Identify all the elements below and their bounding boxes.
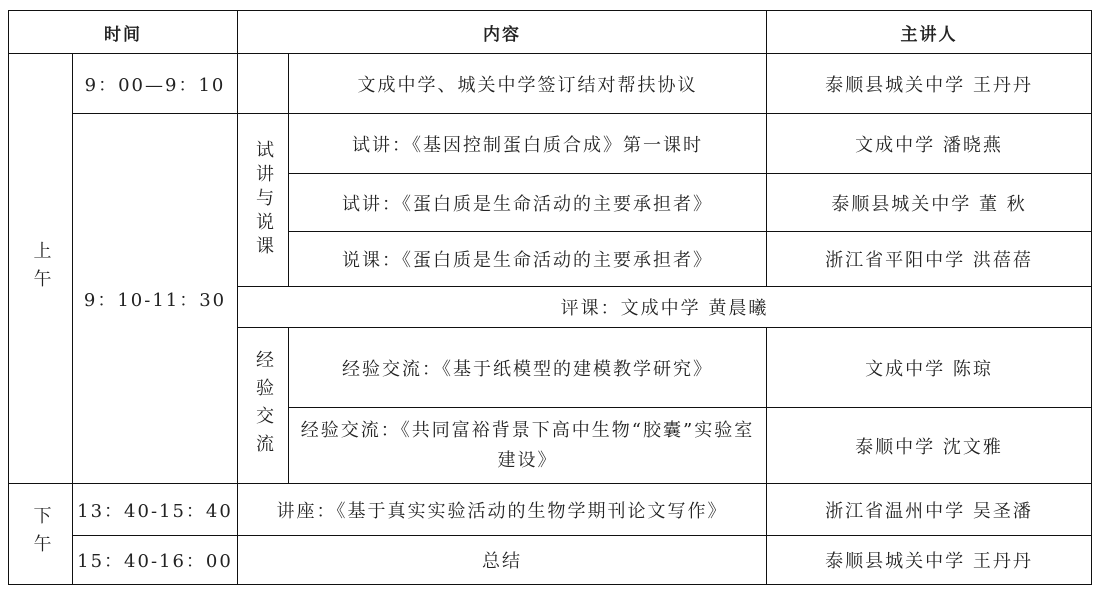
group-label-trial: 试讲与说课	[238, 114, 289, 287]
time-cell: 9：00—9：10	[73, 54, 238, 114]
speaker-cell: 文成中学 潘晓燕	[767, 114, 1092, 174]
speaker-cell: 泰顺中学 沈文雅	[767, 408, 1092, 484]
speaker-cell: 泰顺县城关中学 王丹丹	[767, 536, 1092, 585]
content-cell: 试讲：《基因控制蛋白质合成》第一课时	[289, 114, 767, 174]
group-label-exchange: 经验交流	[238, 328, 289, 484]
period-afternoon: 下午	[9, 484, 73, 585]
header-time: 时间	[9, 11, 238, 54]
content-cell: 经验交流：《基于纸模型的建模教学研究》	[289, 328, 767, 408]
speaker-cell: 泰顺县城关中学 董 秋	[767, 174, 1092, 232]
speaker-cell: 浙江省温州中学 吴圣潘	[767, 484, 1092, 536]
time-cell: 13：40-15：40	[73, 484, 238, 536]
empty-cell	[238, 54, 289, 114]
content-cell: 说课：《蛋白质是生命活动的主要承担者》	[289, 232, 767, 287]
header-row: 时间 内容 主讲人	[9, 11, 1092, 54]
time-cell: 9：10-11：30	[73, 114, 238, 484]
content-cell: 总结	[238, 536, 767, 585]
table-row: 9：10-11：30 试讲与说课 试讲：《基因控制蛋白质合成》第一课时 文成中学…	[9, 114, 1092, 174]
table-row: 15：40-16：00 总结 泰顺县城关中学 王丹丹	[9, 536, 1092, 585]
content-cell: 讲座：《基于真实实验活动的生物学期刊论文写作》	[238, 484, 767, 536]
period-morning: 上午	[9, 54, 73, 484]
content-cell: 文成中学、城关中学签订结对帮扶协议	[289, 54, 767, 114]
table-row: 上午 9：00—9：10 文成中学、城关中学签订结对帮扶协议 泰顺县城关中学 王…	[9, 54, 1092, 114]
review-cell: 评课：文成中学 黄晨曦	[238, 287, 1092, 328]
table-row: 下午 13：40-15：40 讲座：《基于真实实验活动的生物学期刊论文写作》 浙…	[9, 484, 1092, 536]
header-speaker: 主讲人	[767, 11, 1092, 54]
time-cell: 15：40-16：00	[73, 536, 238, 585]
speaker-cell: 浙江省平阳中学 洪蓓蓓	[767, 232, 1092, 287]
content-cell: 试讲：《蛋白质是生命活动的主要承担者》	[289, 174, 767, 232]
schedule-table: 时间 内容 主讲人 上午 9：00—9：10 文成中学、城关中学签订结对帮扶协议…	[8, 10, 1092, 585]
speaker-cell: 文成中学 陈琼	[767, 328, 1092, 408]
content-cell: 经验交流：《共同富裕背景下高中生物“胶囊”实验室建设》	[289, 408, 767, 484]
header-content: 内容	[238, 11, 767, 54]
speaker-cell: 泰顺县城关中学 王丹丹	[767, 54, 1092, 114]
